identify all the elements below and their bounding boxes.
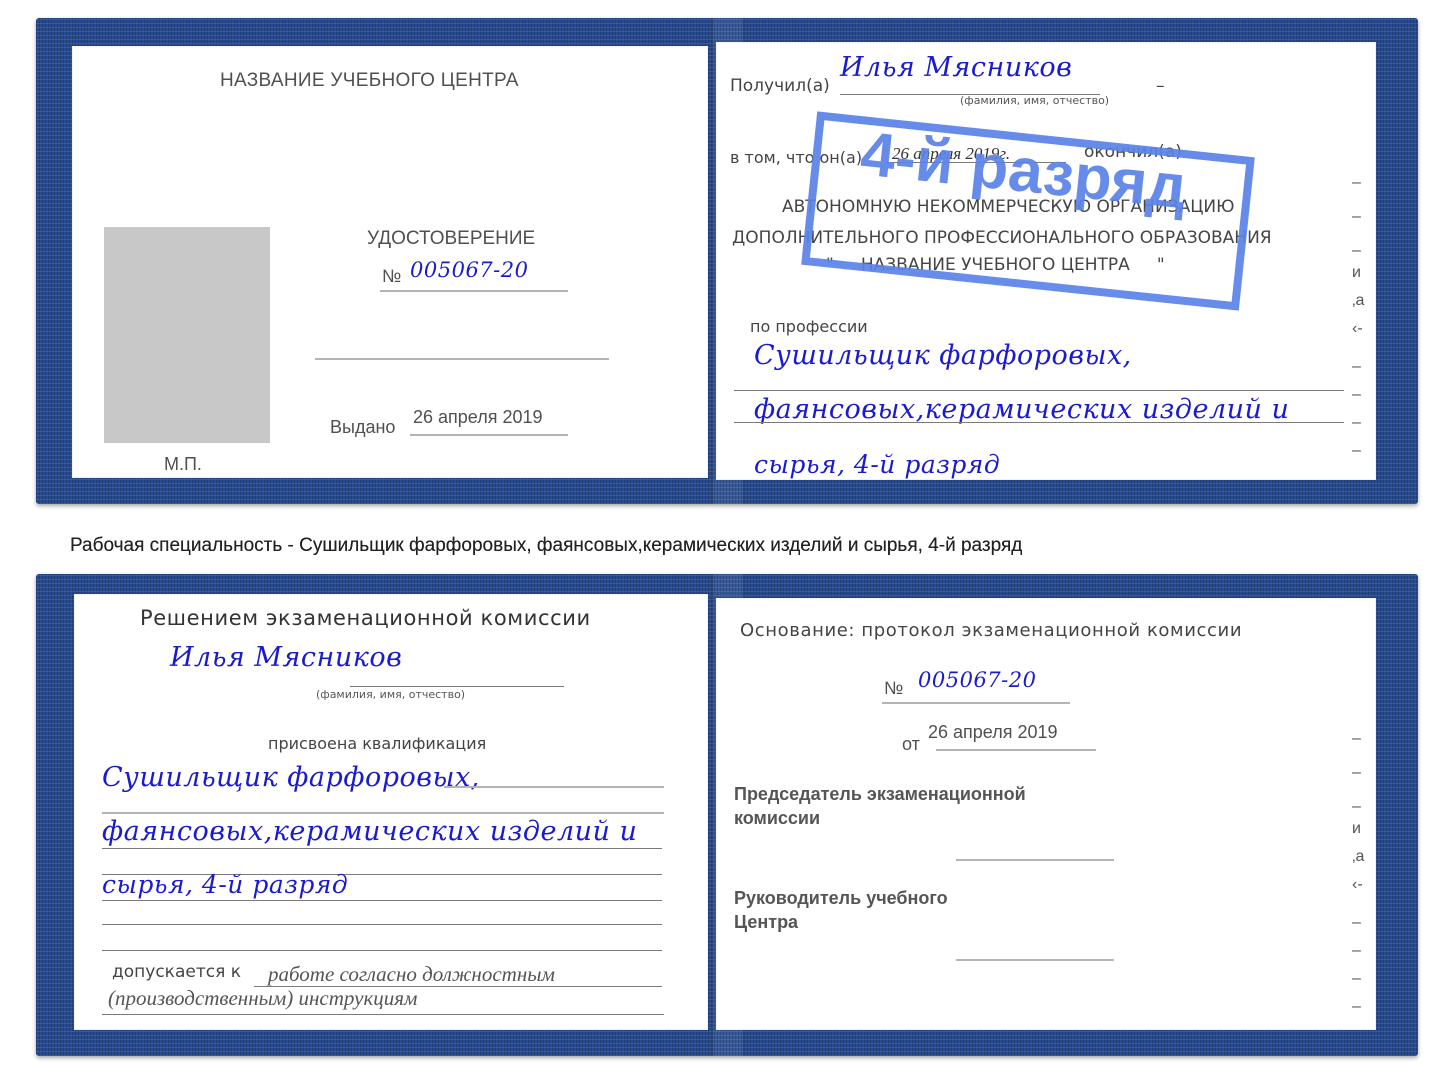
edge-mark: –: [1352, 764, 1361, 782]
protocol-number-label: №: [884, 678, 903, 699]
issued-label: Выдано: [330, 417, 395, 438]
edge-mark: –: [1352, 386, 1361, 404]
qualification-label: присвоена квалификация: [268, 734, 486, 753]
profession-label: по профессии: [750, 317, 868, 336]
person-name-underline: [350, 686, 564, 687]
edge-mark: –: [1352, 242, 1361, 260]
qualification-rule-1: [444, 786, 664, 788]
profession-rule-1: [734, 390, 1344, 391]
qualification-line-2: фаянсовых,керамических изделий и: [102, 816, 637, 847]
certificate-number: 005067-20: [410, 258, 528, 282]
bottom-right-page: Основание: протокол экзаменационной коми…: [716, 598, 1376, 1030]
qualification-rule-6: [102, 924, 662, 925]
from-label: от: [902, 734, 920, 755]
edge-mark: и: [1352, 264, 1361, 282]
head-label-1: Руководитель учебного: [734, 888, 948, 909]
qualification-rule-2: [102, 812, 664, 814]
specialty-caption-overlay: Рабочая специальность - Сушильщик фарфор…: [70, 532, 1050, 560]
photo-placeholder: [104, 227, 270, 443]
bottom-left-page: Решением экзаменационной комиссии Илья М…: [74, 594, 708, 1030]
chairman-signature-line: [956, 859, 1114, 861]
edge-mark: –: [1352, 414, 1361, 432]
received-dash: –: [1156, 76, 1165, 96]
edge-mark: –: [1352, 970, 1361, 988]
admitted-line-1: работе согласно должностным: [268, 962, 555, 987]
edge-mark: –: [1352, 208, 1361, 226]
top-left-page: НАЗВАНИЕ УЧЕБНОГО ЦЕНТРА УДОСТОВЕРЕНИЕ №…: [72, 46, 708, 478]
chairman-label-2: комиссии: [734, 808, 820, 829]
qualification-rule-5: [102, 900, 662, 901]
from-date: 26 апреля 2019: [928, 722, 1058, 743]
admitted-rule-2: [102, 1014, 664, 1015]
qualification-line-1: Сушильщик фарфоровых,: [102, 762, 480, 793]
edge-mark: и: [1352, 820, 1361, 838]
profession-line-2: фаянсовых,керамических изделий и: [754, 394, 1289, 425]
chairman-label-1: Председатель экзаменационной: [734, 784, 1026, 805]
edge-mark: –: [1352, 442, 1361, 460]
edge-mark: –: [1352, 798, 1361, 816]
stamp-place-label: М.П.: [164, 454, 202, 475]
issued-date: 26 апреля 2019: [413, 407, 543, 428]
basis-title: Основание: протокол экзаменационной коми…: [740, 620, 1242, 641]
edge-mark: –: [1352, 942, 1361, 960]
number-underline: [380, 290, 568, 292]
qualification-line-3: сырья, 4-й разряд: [102, 870, 348, 899]
received-name: Илья Мясников: [840, 52, 1072, 83]
profession-line-1: Сушильщик фарфоровых,: [754, 340, 1132, 371]
edge-mark: ‚а: [1352, 292, 1364, 310]
admitted-label: допускается к: [112, 962, 241, 982]
edge-mark: ‚а: [1352, 848, 1364, 866]
protocol-number-underline: [882, 702, 1070, 704]
head-signature-line: [956, 959, 1114, 961]
signature-line: [315, 358, 609, 360]
edge-mark: –: [1352, 730, 1361, 748]
edge-mark: –: [1352, 914, 1361, 932]
number-label: №: [382, 266, 401, 287]
edge-mark: –: [1352, 174, 1361, 192]
received-label: Получил(а): [730, 76, 830, 96]
protocol-number: 005067-20: [918, 668, 1036, 692]
fio-hint: (фамилия, имя, отчество): [960, 94, 1109, 107]
center-name-heading: НАЗВАНИЕ УЧЕБНОГО ЦЕНТРА: [220, 70, 519, 92]
edge-mark: ‹-: [1352, 876, 1363, 894]
from-date-underline: [936, 749, 1096, 751]
issued-date-underline: [410, 434, 568, 436]
decision-title: Решением экзаменационной комиссии: [140, 606, 591, 630]
qualification-rule-7: [102, 950, 662, 951]
admitted-line-2: (производственным) инструкциям: [108, 986, 417, 1011]
qualification-rule-3: [102, 848, 662, 849]
profession-line-3: сырья, 4-й разряд: [754, 450, 1000, 479]
edge-mark: –: [1352, 998, 1361, 1016]
profession-rule-2: [734, 422, 1344, 423]
person-name: Илья Мясников: [170, 642, 402, 673]
head-label-2: Центра: [734, 912, 798, 933]
document-title: УДОСТОВЕРЕНИЕ: [367, 228, 535, 250]
edge-mark: ‹-: [1352, 320, 1363, 338]
fio-hint-bottom: (фамилия, имя, отчество): [316, 688, 465, 701]
edge-mark: –: [1352, 358, 1361, 376]
